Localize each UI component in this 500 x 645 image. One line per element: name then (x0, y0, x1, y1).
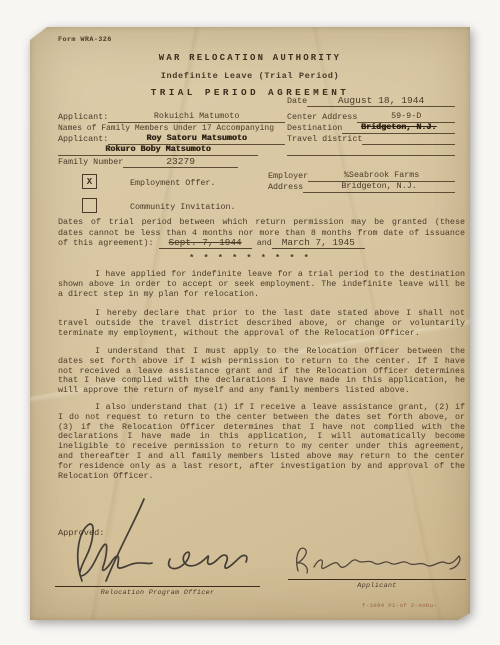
trial-start-date: Sept. 7, 1944 (159, 238, 252, 249)
family-number-value: 23279 (123, 156, 238, 168)
trial-period-dates-clause: Dates of trial period between which retu… (58, 217, 465, 249)
officer-signature-line (55, 586, 260, 587)
paragraph-2: I hereby declare that prior to the last … (58, 309, 465, 338)
family-member-2-field: Rokuro Boby Matsumoto (58, 144, 258, 156)
officer-title-label: Relocation Program Officer (55, 589, 260, 597)
family-number-field: Family Number 23279 (58, 156, 238, 168)
family-number-label: Family Number (58, 157, 123, 168)
family-member-2-text: Rokuro Boby Matsumoto (105, 144, 211, 154)
employment-offer-label: Employment Offer. (130, 178, 215, 188)
footer-code: f-1094 P1-of 2-nobu- (362, 602, 437, 609)
family-member-2-value: Rokuro Boby Matsumoto (58, 144, 258, 156)
form-number: Form WRA-326 (58, 35, 112, 45)
checkbox-x-mark: X (87, 177, 92, 187)
officer-signature (48, 497, 263, 585)
dates-conjunction: and (257, 238, 272, 248)
employment-offer-checkbox: X (82, 174, 97, 189)
paragraph-1: I have applied for indefinite leave for … (58, 270, 465, 299)
form-subtitle: Indefinite Leave (Trial Period) (30, 71, 470, 81)
community-invitation-label: Community Invitation. (130, 202, 236, 212)
document-paper: Form WRA-326 WAR RELOCATION AUTHORITY In… (30, 27, 470, 620)
asterisk-separator: * * * * * * * * * (30, 253, 470, 263)
paragraph-4: I also understand that (1) if I receive … (58, 403, 465, 481)
applicant-field: Applicant: Rokuichi Matumoto (58, 111, 285, 123)
applicant-label: Applicant: (58, 112, 108, 123)
document-scan: Form WRA-326 WAR RELOCATION AUTHORITY In… (30, 27, 470, 620)
employer-address-field: Address Bridgeton, N.J. (268, 181, 455, 193)
community-invitation-checkbox (82, 198, 97, 213)
trial-end-date: March 7, 1945 (272, 238, 365, 249)
paragraph-3: I understand that I must apply to the Re… (58, 347, 465, 396)
applicant-signature-line (288, 579, 466, 580)
date-value: August 18, 1944 (307, 95, 455, 107)
blank-line-field (287, 144, 455, 156)
blank-line (287, 144, 455, 156)
applicant-title-label: Applicant (288, 582, 466, 590)
date-label: Date (287, 96, 307, 107)
agency-title: WAR RELOCATION AUTHORITY (30, 53, 470, 63)
address-label: Address (268, 182, 303, 193)
applicant-signature (290, 541, 468, 579)
applicant-value: Rokuichi Matumoto (108, 111, 285, 123)
address-value: Bridgeton, N.J. (303, 181, 455, 193)
date-field: Date August 18, 1944 (287, 95, 455, 107)
